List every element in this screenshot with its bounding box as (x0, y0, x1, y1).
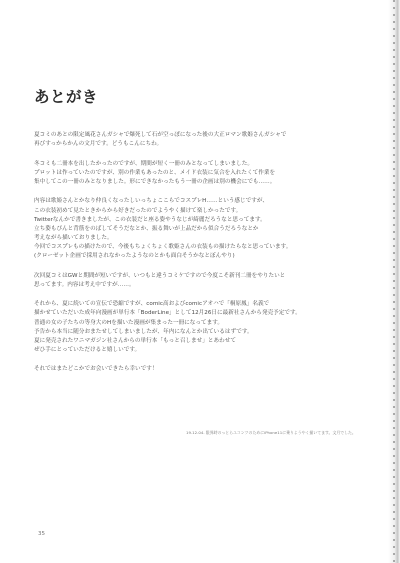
text-line: 立ち姿もぴんと背筋をのばしてそうだなとか、振る舞いが上品だから似合うだろうなとか (34, 225, 359, 234)
paragraph-1: 夏コミのあとの限定風花さんガシャで爆死して石が空っぽになった後の大正ロマン歌姫さ… (34, 131, 359, 149)
text-line: 冬コミも二冊本を出したかったのですが、期間が短く一冊のみとなってしまいました。 (34, 160, 359, 169)
text-line: 夏コミのあとの限定風花さんガシャで爆死して石が空っぽになった後の大正ロマン歌姫さ… (34, 131, 359, 140)
text-line: それではまたどこかでお会いできたら幸いです！ (34, 365, 359, 374)
paragraph-6: それではまたどこかでお会いできたら幸いです！ (34, 365, 359, 374)
paragraph-3: 内容は歌姫さんとかなり仲良くなったしいっちょここらでコスプレH……という感じです… (34, 197, 359, 261)
text-line: 普通の女の子たちの等身大のHを描いた漫画が集まった一冊になってます。 (34, 319, 359, 328)
text-line: ぜひ手にとっていただけると嬉しいです。 (34, 346, 359, 355)
text-line: 考えながら描いておりました。 (34, 234, 359, 243)
text-line: 次回夏コミはGWと期間が短いですが、いつもと違うコミケですので今度こそ新刊二冊を… (34, 272, 359, 281)
text-line: 思ってます。内容は考え中ですが……。 (34, 281, 359, 290)
paragraph-2: 冬コミも二冊本を出したかったのですが、期間が短く一冊のみとなってしまいました。 … (34, 160, 359, 187)
author-note: 19.12.04. 限界時のっとらユコンツのためにiPhone11に乗りようやく… (186, 430, 356, 436)
text-line: (クローゼット企画で採用されなかったようなのとかも面白そうかなとぼんやり) (34, 252, 359, 261)
text-line: 内容は歌姫さんとかなり仲良くなったしいっちょここらでコスプレH……という感じです… (34, 197, 359, 206)
text-line: 予告から本当に随分おまたせしてしまいましたが、年内になんとか出ているはずです。 (34, 328, 359, 337)
text-line: 描かせていただいた成年向漫画が単行本「BoderLine」として12月26日に最… (34, 309, 359, 318)
text-line: この衣装初めて見たときからから好きだったのでようやく描けて楽しかったです。 (34, 207, 359, 216)
text-line: それから、夏に続いての宣伝で恐縮ですが、comic高およびcomicアオハで「桐… (34, 300, 359, 309)
text-line: 夏に発売されたワニマガジン社さんからの単行本「もっと召しませ」とあわせて (34, 337, 359, 346)
afterword-body: 夏コミのあとの限定風花さんガシャで爆死して石が空っぽになった後の大正ロマン歌姫さ… (34, 131, 359, 385)
text-line: 集中してこの一冊のみとなりました。形にできなかったもう一冊の企画は別の機会にでも… (34, 178, 359, 187)
text-line: 再びすっからかんの文月です。どうもこんにちわ。 (34, 140, 359, 149)
text-line: プロットは作っていたのですが、別の作業もあったのと、メイド衣装に気合を入れたくて… (34, 169, 359, 178)
text-line: 今回でコスプレもの描けたので、今後もちょくちょく歌姫さんの衣装もの描けたらなと思… (34, 243, 359, 252)
paragraph-4: 次回夏コミはGWと期間が短いですが、いつもと違うコミケですので今度こそ新刊二冊を… (34, 272, 359, 290)
text-line: Twitterなんかで書きましたが、この衣装だと座る姿やうなじが綺麗だろうなと思… (34, 216, 359, 225)
binding-stitch-marks (393, 0, 395, 563)
paragraph-5: それから、夏に続いての宣伝で恐縮ですが、comic高およびcomicアオハで「桐… (34, 300, 359, 355)
book-page: あとがき 夏コミのあとの限定風花さんガシャで爆死して石が空っぽになった後の大正ロ… (0, 0, 400, 563)
page-title: あとがき (34, 85, 98, 107)
page-number: 35 (38, 531, 45, 537)
